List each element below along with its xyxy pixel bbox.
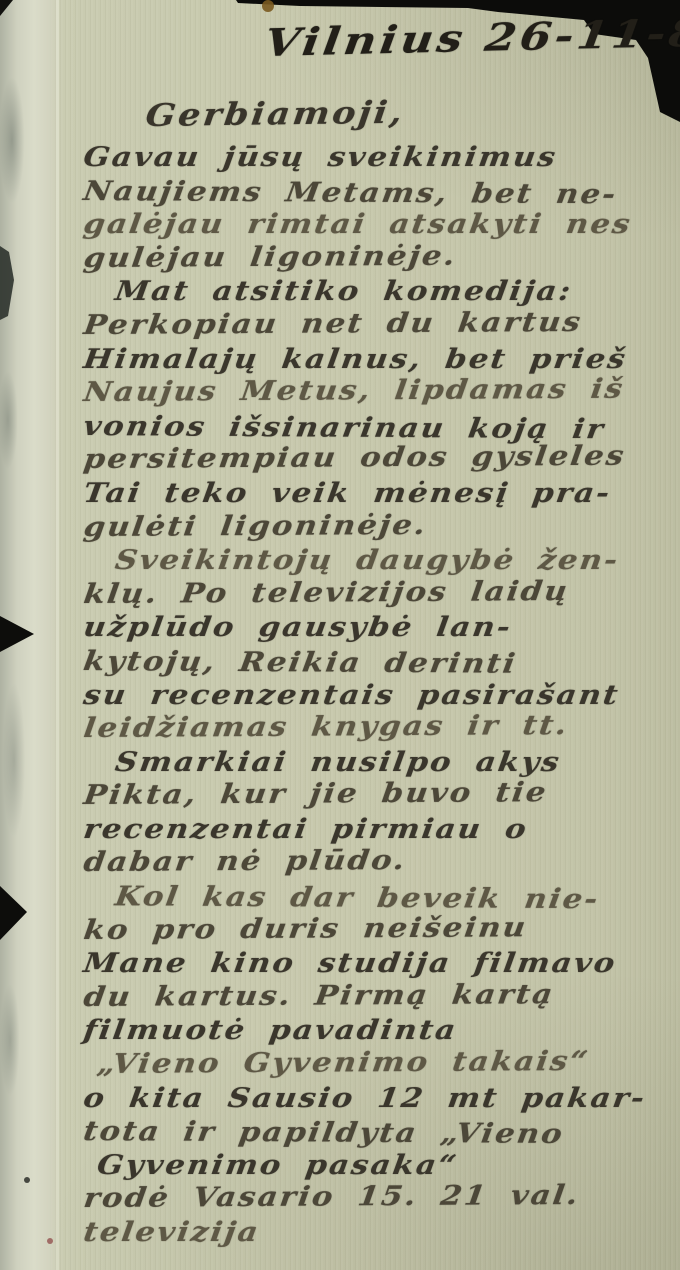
handwriting-line: televizija xyxy=(81,1216,680,1250)
handwriting-line: Tai teko veik mėnesį pra- xyxy=(81,477,680,511)
handwriting-line: gulėjau ligoninėje. xyxy=(82,238,680,276)
handwriting-line: recenzentai pirmiau o xyxy=(81,813,680,847)
handwriting-line: Himalajų kalnus, bet prieš xyxy=(81,343,680,377)
handwriting-line: tota ir papildyta „Vieno xyxy=(81,1115,680,1153)
handwriting-line: o kita Sausio 12 mt pakar- xyxy=(81,1082,680,1116)
handwriting-line: kytojų, Reikia derinti xyxy=(81,645,680,683)
handwriting-line: rodė Vasario 15. 21 val. xyxy=(82,1178,680,1216)
handwriting-line: gulėti ligoninėje. xyxy=(82,506,680,544)
paper-edge-ridge xyxy=(56,0,59,1270)
salutation-handwriting: Gerbiamoji, xyxy=(144,95,407,134)
handwriting-line: Pikta, kur jie buvo tie xyxy=(82,775,680,813)
handwriting-line: su recenzentais pasirašant xyxy=(81,679,680,713)
handwriting-line: filmuotė pavadinta xyxy=(81,1014,680,1048)
handwriting-line: persitempiau odos gysleles xyxy=(82,439,680,477)
handwriting-line: leidžiamas knygas ir tt. xyxy=(82,708,680,746)
handwriting-line: „Vieno Gyvenimo takais“ xyxy=(82,1044,680,1082)
handwriting-line: ko pro duris neišeinu xyxy=(82,910,680,948)
handwriting-line: Gyvenimo pasaka“ xyxy=(81,1149,680,1183)
handwriting-line: Gavau jūsų sveikinimus xyxy=(81,141,680,175)
handwriting-line: Smarkiai nusilpo akys xyxy=(81,746,680,780)
torn-binding-edge xyxy=(0,0,62,1270)
handwriting-line: galėjau rimtai atsakyti nes xyxy=(81,208,680,242)
handwriting-line: Sveikintojų daugybė žen- xyxy=(81,544,680,578)
handwriting-line: Perkopiau net du kartus xyxy=(82,305,680,343)
handwriting-line: Mane kino studija filmavo xyxy=(81,947,680,981)
handwriting-line: klų. Po televizijos laidų xyxy=(82,574,680,612)
handwriting-line: dabar nė plūdo. xyxy=(82,842,680,880)
scanned-letter-page: Vilnius 26-11-89 Gerbiamoji, Gavau jūsų … xyxy=(0,0,680,1270)
handwriting-line: Naujiems Metams, bet ne- xyxy=(81,175,680,213)
letter-body: Gavau jūsų sveikinimusNaujiems Metams, b… xyxy=(86,141,676,1250)
handwriting-line: užplūdo gausybė lan- xyxy=(81,611,680,645)
handwriting-line: Naujus Metus, lipdamas iš xyxy=(82,372,680,410)
handwriting-line: du kartus. Pirmą kartą xyxy=(82,977,680,1015)
handwriting-line: Mat atsitiko komedija: xyxy=(81,275,680,309)
